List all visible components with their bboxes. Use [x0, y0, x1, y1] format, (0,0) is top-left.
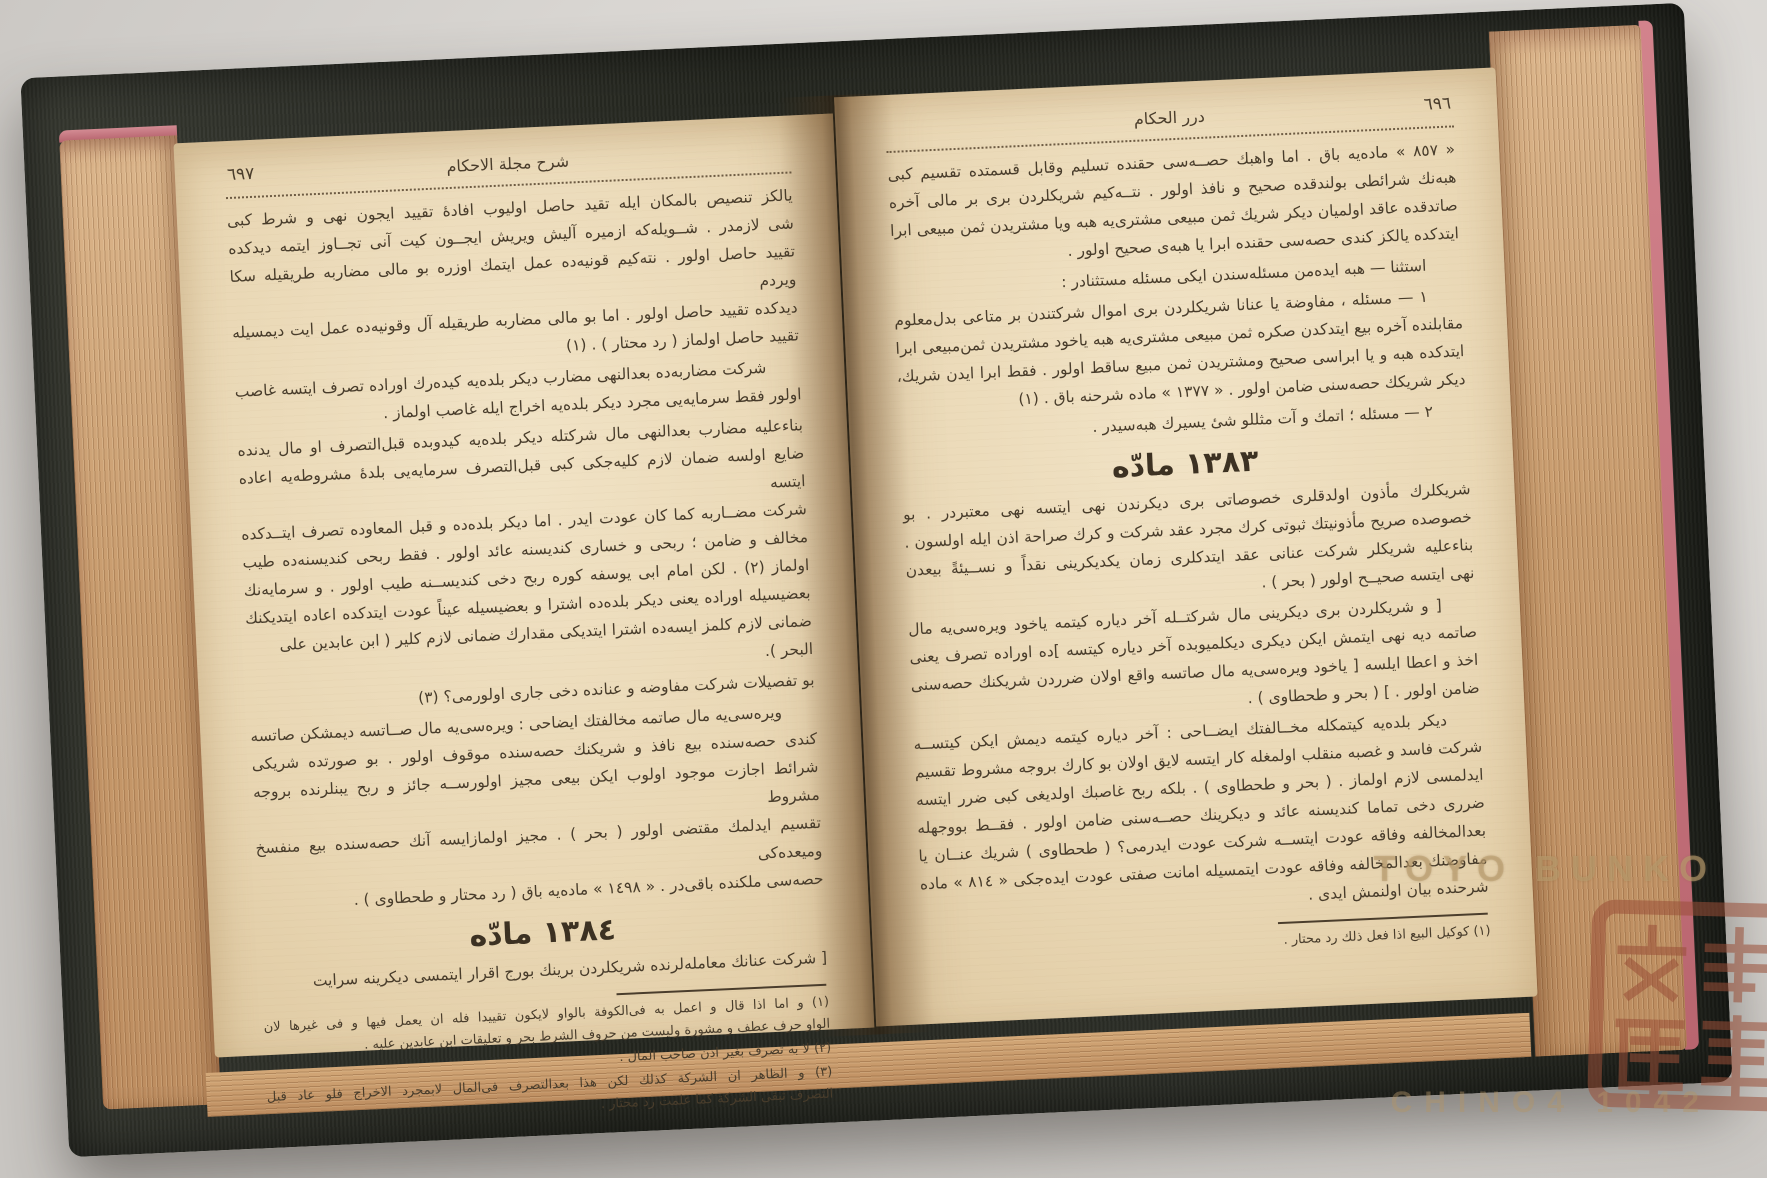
right-page-body: « ٨٥٧ » ماده‌يه باق . اما واهبك حصــه‌سى…	[887, 135, 1491, 968]
paragraph: ١ — مسئله ، مفاوضة يا عنانا شريكلردن برى…	[894, 281, 1466, 419]
paragraph: يالكز تنصيص بالمكان ايله تقيد حاصل اوليو…	[226, 181, 799, 375]
paragraph: [ و شريكلردن برى ديكرينى مال شركتــله آخ…	[908, 590, 1480, 728]
book-photo-scene: ٦٩٧ شرح مجلة الاحكام يالكز تنصيص بالمكان…	[0, 0, 1767, 1178]
right-page-title: درر الحكام	[885, 95, 1453, 140]
paragraph: ويره‌سى‌يه مال صاتمه مخالفتك ايضاحى : وي…	[250, 697, 824, 918]
open-book: ٦٩٧ شرح مجلة الاحكام يالكز تنصيص بالمكان…	[20, 3, 1732, 1157]
right-page: ٦٩٦ درر الحكام « ٨٥٧ » ماده‌يه باق . اما…	[834, 67, 1538, 1026]
paragraph: شريكلرك مأذون اولدقلرى خصوصاتى برى ديكرن…	[902, 475, 1474, 613]
left-page-body: يالكز تنصيص بالمكان ايله تقيد حاصل اوليو…	[226, 181, 833, 1131]
footnote-line: (١) كوكيل البيع اذا فعل ذلك رد محتار .	[923, 921, 1491, 969]
paragraph: ديكر بلده‌يه كيتمكله مخــالفتك ايضــاحى …	[913, 705, 1489, 927]
left-page-title: شرح مجلة الاحكام	[225, 141, 791, 186]
paragraph: « ٨٥٧ » ماده‌يه باق . اما واهبك حصــه‌سى…	[887, 135, 1459, 273]
left-page: ٦٩٧ شرح مجلة الاحكام يالكز تنصيص بالمكان…	[173, 114, 874, 1058]
paragraph: بناءعليه مضارب بعدالنهى مال شركتله ديكر …	[237, 411, 814, 688]
footnote-block: (١) كوكيل البيع اذا فعل ذلك رد محتار .	[923, 921, 1491, 969]
